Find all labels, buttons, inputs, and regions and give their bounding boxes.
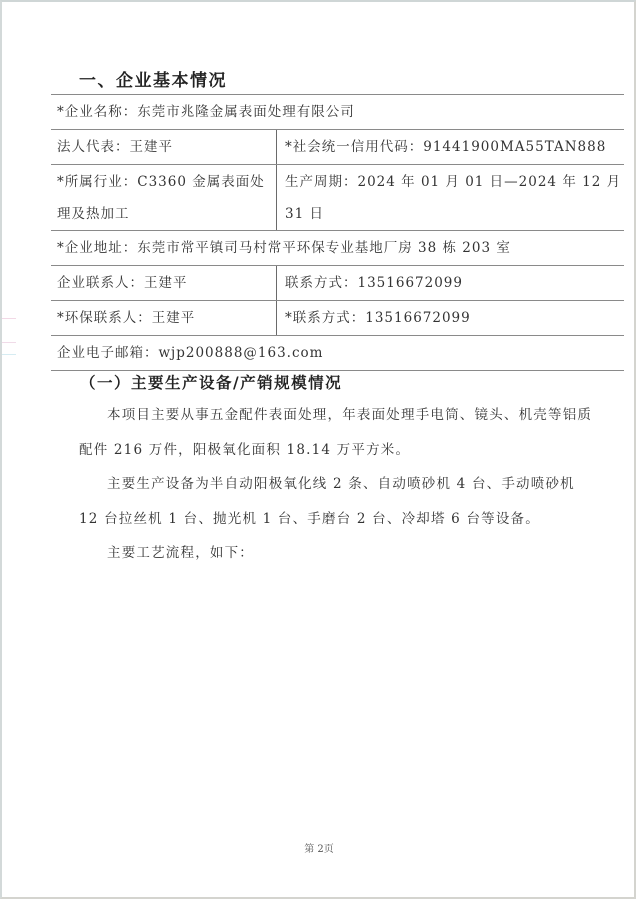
table-row: 企业电子邮箱：wjp200888@163.com — [51, 336, 624, 371]
email-cell: 企业电子邮箱：wjp200888@163.com — [51, 336, 624, 371]
paragraph-process: 主要工艺流程，如下： — [79, 536, 599, 571]
page-number: 第 2页 — [0, 840, 638, 855]
address-cell: *企业地址：东莞市常平镇司马村常平环保专业基地厂房 38 栋 203 室 — [51, 231, 624, 266]
scan-artifact — [2, 318, 16, 319]
paragraph-scale: 本项目主要从事五金配件表面处理，年表面处理手电筒、镜头、机壳等铝质配件 216 … — [79, 398, 599, 468]
table-row: *所属行业：C3360 金属表面处理及热加工 生产周期：2024 年 01 月 … — [51, 165, 624, 231]
table-row: *企业名称：东莞市兆隆金属表面处理有限公司 — [51, 95, 624, 130]
enterprise-name-cell: *企业名称：东莞市兆隆金属表面处理有限公司 — [51, 95, 624, 130]
table-row: *企业地址：东莞市常平镇司马村常平环保专业基地厂房 38 栋 203 室 — [51, 231, 624, 266]
legal-representative-cell: 法人代表：王建平 — [51, 130, 277, 165]
table-row: *环保联系人：王建平 *联系方式：13516672099 — [51, 301, 624, 336]
table-row: 法人代表：王建平 *社会统一信用代码：91441900MA55TAN888 — [51, 130, 624, 165]
enterprise-info-table: *企业名称：东莞市兆隆金属表面处理有限公司 法人代表：王建平 *社会统一信用代码… — [51, 94, 624, 371]
table-row: 企业联系人：王建平 联系方式：13516672099 — [51, 266, 624, 301]
contact-person-cell: 企业联系人：王建平 — [51, 266, 277, 301]
scan-artifact — [2, 354, 16, 355]
credit-code-cell: *社会统一信用代码：91441900MA55TAN888 — [277, 130, 625, 165]
env-contact-phone-cell: *联系方式：13516672099 — [277, 301, 625, 336]
section-title: 一、企业基本情况 — [79, 66, 227, 91]
env-contact-person-cell: *环保联系人：王建平 — [51, 301, 277, 336]
scan-artifact — [2, 342, 16, 343]
subsection-title: （一）主要生产设备/产销规模情况 — [80, 371, 342, 393]
industry-cell: *所属行业：C3360 金属表面处理及热加工 — [51, 165, 277, 231]
production-period-cell: 生产周期：2024 年 01 月 01 日—2024 年 12 月 31 日 — [277, 165, 625, 231]
paragraph-equipment: 主要生产设备为半自动阳极氧化线 2 条、自动喷砂机 4 台、手动喷砂机 12 台… — [79, 467, 599, 537]
contact-phone-cell: 联系方式：13516672099 — [277, 266, 625, 301]
